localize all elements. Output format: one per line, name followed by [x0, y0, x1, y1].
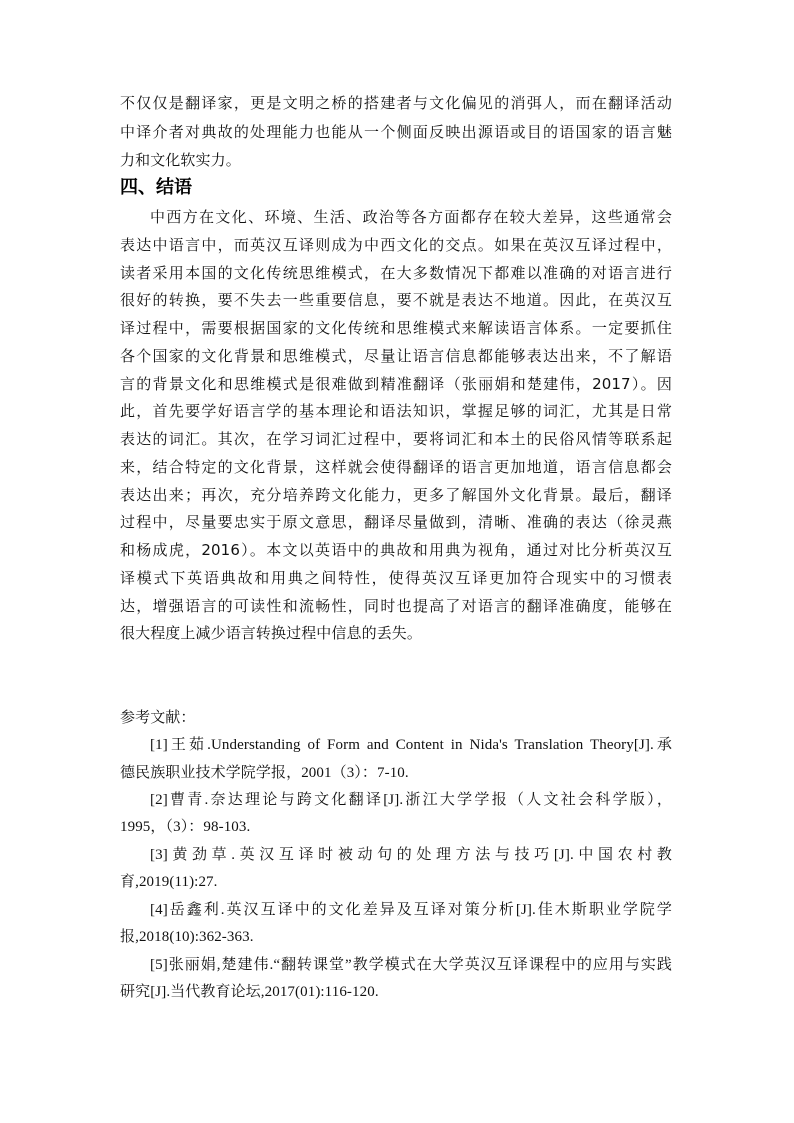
- body-line: 达，增强语言的可读性和流畅性，同时也提高了对语言的翻译准确度，能够在: [120, 596, 672, 616]
- body-line: 中西方在文化、环境、生活、政治等各方面都存在较大差异，这些通常会: [150, 207, 672, 227]
- body-line: 力和文化软实力。: [120, 150, 672, 170]
- body-line: 此，首先要学好语言学的基本理论和语法知识，掌握足够的词汇，尤其是日常: [120, 401, 672, 421]
- body-line: 表达的词汇。其次，在学习词汇过程中，要将词汇和本土的民俗风情等联系起: [120, 429, 672, 449]
- reference-item-4: [4]岳鑫利.英汉互译中的文化差异及互译对策分析[J].佳木斯职业学院学: [150, 900, 672, 920]
- body-line: 各个国家的文化背景和思维模式，尽量让语言信息都能够表达出来，不了解语: [120, 346, 672, 366]
- reference-item-3-cont: 育,2019(11):27.: [120, 872, 672, 892]
- reference-item-5: [5]张丽娟,楚建伟.“翻转课堂”教学模式在大学英汉互译课程中的应用与实践: [150, 955, 672, 975]
- body-line: 表达出来；再次，充分培养跨文化能力，更多了解国外文化背景。最后，翻译: [120, 485, 672, 505]
- body-line: 不仅仅是翻译家，更是文明之桥的搭建者与文化偏见的消弭人，而在翻译活动: [120, 93, 672, 113]
- body-line: 中译介者对典故的处理能力也能从一个侧面反映出源语或目的语国家的语言魅: [120, 122, 672, 142]
- body-line: 来，结合特定的文化背景，这样就会使得翻译的语言更加地道，语言信息都会: [120, 457, 672, 477]
- reference-item-4-cont: 报,2018(10):362-363.: [120, 927, 672, 947]
- body-line: 很好的转换，要不失去一些重要信息，要不就是表达不地道。因此，在英汉互: [120, 290, 672, 310]
- reference-item-1: [1]王茹.Understanding of Form and Content …: [150, 735, 672, 755]
- reference-item-5-cont: 研究[J].当代教育论坛,2017(01):116-120.: [120, 982, 672, 1002]
- reference-item-2-cont: 1995，（3）：98-103.: [120, 817, 672, 837]
- body-line: 表达中语言中，而英汉互译则成为中西文化的交点。如果在英汉互译过程中，: [120, 235, 672, 255]
- reference-item-2: [2]曹青.奈达理论与跨文化翻译[J].浙江大学学报（人文社会科学版），: [150, 790, 672, 810]
- document-page: 不仅仅是翻译家，更是文明之桥的搭建者与文化偏见的消弭人，而在翻译活动 中译介者对…: [0, 0, 794, 1123]
- body-line: 过程中，尽量要忠实于原文意思，翻译尽量做到，清晰、准确的表达（徐灵燕: [120, 512, 672, 532]
- body-line: 读者采用本国的文化传统思维模式，在大多数情况下都难以准确的对语言进行: [120, 263, 672, 283]
- body-line: 很大程度上减少语言转换过程中信息的丢失。: [120, 623, 672, 643]
- reference-item-1-cont: 德民族职业技术学院学报，2001（3）：7-10.: [120, 763, 672, 783]
- section-heading: 四、结语: [120, 176, 192, 200]
- body-line: 和杨成虎，2016）。本文以英语中的典故和用典为视角，通过对比分析英汉互: [120, 540, 672, 560]
- body-line: 译模式下英语典故和用典之间特性，使得英汉互译更加符合现实中的习惯表: [120, 568, 672, 588]
- body-line: 言的背景文化和思维模式是很难做到精准翻译（张丽娟和楚建伟，2017）。因: [120, 374, 672, 394]
- reference-item-3: [3]黄劲草.英汉互译时被动句的处理方法与技巧[J].中国农村教: [150, 845, 672, 865]
- body-line: 译过程中，需要根据国家的文化传统和思维模式来解读语言体系。一定要抓住: [120, 318, 672, 338]
- references-title: 参考文献：: [120, 707, 672, 727]
